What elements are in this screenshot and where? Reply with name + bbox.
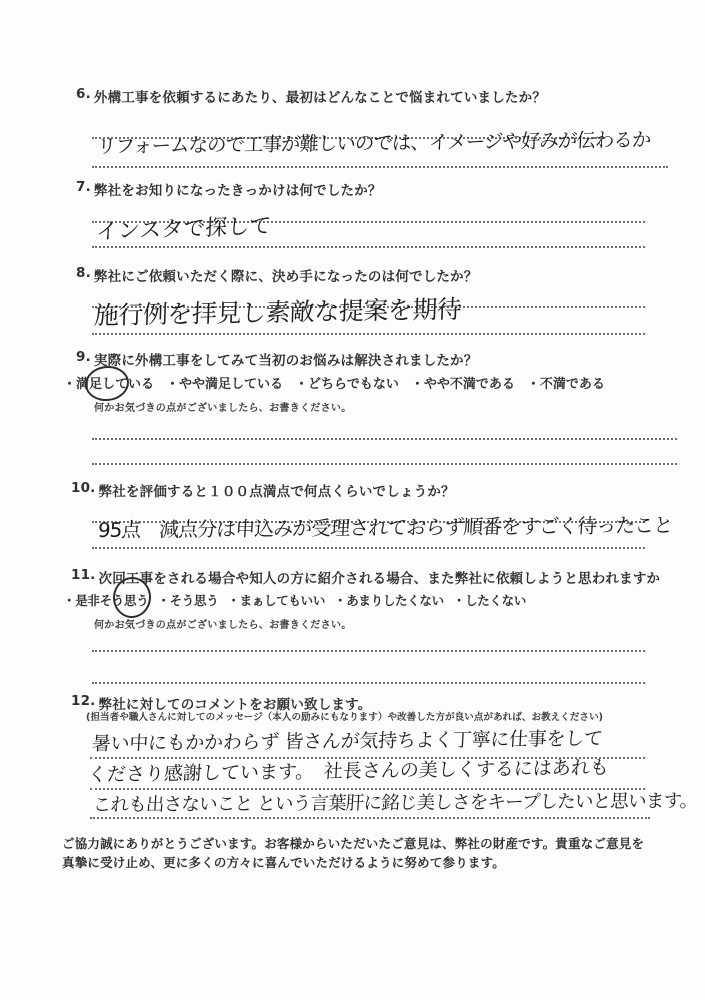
comment-line-3-rule	[90, 817, 650, 819]
question-9-note: 何かお気づきの点がございましたら、お書きください。	[94, 399, 352, 414]
question-9-label: 9. 実際に外構工事をしてみて当初のお悩みは解決されましたか？	[76, 349, 478, 369]
question-9-options-row: ・満足している ・やや満足している ・どちらでもない ・やや不満である ・不満で…	[63, 373, 605, 392]
question-8-handwritten-answer: 施行例を拝見し素敵な提案を期待	[93, 290, 462, 332]
question-6-number: 6.	[76, 86, 91, 106]
question-6-handwritten-answer: リフォームなので工事が難しいのでは、イメージや好みが伝わるか	[96, 124, 651, 159]
answer-line-q8-bottom	[92, 333, 645, 335]
question-10-handwritten-answer: 95点 減点分は申込みが受理されておらず順番をすごく待ったこと	[97, 509, 673, 543]
option-somewhat-satisfied: ・やや満足している	[166, 373, 283, 392]
question-10-number: 10.	[71, 480, 96, 500]
question-11-label: 11. 次回工事をされる場合や知人の方に紹介される場合、また弊社に依頼しようと思…	[71, 567, 660, 587]
question-8-text: 弊社にご依頼いただく際に、決め手になったのは何でしたか？	[94, 265, 478, 285]
note-answer-line-q11-1	[92, 650, 645, 652]
question-6-text: 外構工事を依頼するにあたり、最初はどんなことで悩まれていましたか？	[94, 86, 546, 106]
question-8-label: 8. 弊社にご依頼いただく際に、決め手になったのは何でしたか？	[76, 265, 478, 285]
option-no: ・したくない	[453, 591, 526, 609]
answer-line-q6-bottom	[92, 166, 668, 168]
option-agree: ・そう思う	[157, 591, 218, 609]
question-7-number: 7.	[76, 179, 91, 199]
answer-line-q7-bottom	[92, 246, 645, 248]
note-answer-line-q9-1	[92, 438, 677, 440]
question-11-number: 11.	[71, 567, 96, 587]
comment-handwritten-line-1: 暑い中にもかかわらず 皆さんが気持ちよく丁寧に仕事をして	[91, 724, 603, 756]
question-10-label: 10. 弊社を評価すると１００点満点で何点くらいでしょうか？	[71, 480, 455, 500]
question-6-label: 6. 外構工事を依頼するにあたり、最初はどんなことで悩まれていましたか？	[76, 86, 546, 106]
question-9-number: 9.	[76, 349, 91, 369]
option-neutral: ・どちらでもない	[295, 373, 399, 392]
option-maybe: ・まぁしてもいい	[227, 591, 325, 609]
question-8-number: 8.	[76, 265, 91, 285]
question-7-text: 弊社をお知りになったきっかけは何でしたか？	[94, 179, 382, 199]
footer-thanks-text: ご協力誠にありがとうございます。お客様からいただいたご意見は、弊社の財産です。貴…	[62, 835, 646, 873]
note-answer-line-q9-2	[92, 463, 677, 465]
selection-circle-q9	[83, 364, 130, 403]
question-9-text: 実際に外構工事をしてみて当初のお悩みは解決されましたか？	[94, 349, 478, 369]
answer-line-q10-bottom	[92, 547, 645, 549]
option-dissatisfied: ・不満である	[527, 373, 605, 392]
note-answer-line-q11-2	[92, 682, 645, 684]
survey-scan-page: 6. 外構工事を依頼するにあたり、最初はどんなことで悩まれていましたか？ リフォ…	[0, 0, 705, 1000]
question-10-text: 弊社を評価すると１００点満点で何点くらいでしょうか？	[99, 480, 455, 500]
question-11-note: 何かお気づきの点がございましたら、お書きください。	[94, 616, 352, 631]
comment-handwritten-line-3: これも出さないこと という言葉肝に銘じ美しさをキープしたいと思います。	[92, 787, 698, 817]
option-somewhat-dissatisfied: ・やや不満である	[411, 373, 515, 392]
question-7-handwritten-answer: インスタで探して	[95, 209, 271, 246]
question-12-subnote: (担当者や職人さんに対してのメッセージ（本人の励みにもなります）や改善した方が良…	[86, 709, 603, 723]
question-11-text: 次回工事をされる場合や知人の方に紹介される場合、また弊社に依頼しようと思われます…	[99, 567, 661, 587]
option-rather-not: ・あまりしたくない	[334, 591, 444, 609]
question-7-label: 7. 弊社をお知りになったきっかけは何でしたか？	[76, 179, 382, 199]
